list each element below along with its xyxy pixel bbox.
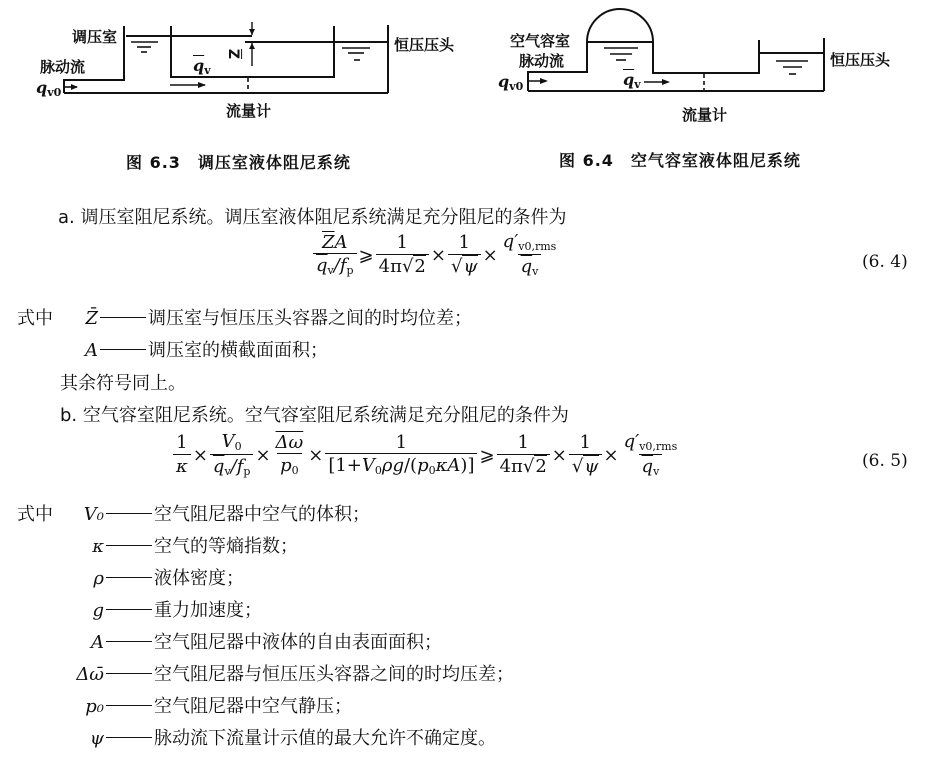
label-inflow: qv0 [498, 72, 523, 93]
definition-p0: p₀空气阻尼器中空气静压； [74, 692, 352, 718]
eq-relation: ⩾ [359, 245, 374, 266]
eq-frac-3: q′v0,rms qv [500, 232, 560, 278]
figure-caption: 图 6.4 空气容室液体阻尼系统 [559, 148, 801, 171]
eq-lhs-fraction: ZA qv/fp [313, 233, 357, 278]
label-level-diff: Z [225, 49, 241, 59]
figure-caption: 图 6.3 调压室液体阻尼系统 [126, 150, 351, 173]
label-surge-chamber: 调压室 [72, 26, 117, 47]
eq-frac-1: 1 4π√2 [376, 233, 429, 277]
label-constant-head: 恒压压头 [394, 34, 454, 55]
definition-v0: V₀空气阻尼器中空气的体积； [74, 500, 370, 526]
definition-z: Z̄调压室与恒压压头容器之间的时均位差； [80, 304, 472, 330]
figure-6-4: 空气容室 脉动流 qv0 qv 恒压压头 流量计 图 6.4 空气容室液体阻尼系… [476, 0, 952, 180]
label-pulsating-flow: 脉动流 [40, 56, 85, 77]
remark: 其余符号同上。 [60, 369, 186, 395]
label-flowmeter: 流量计 [226, 100, 271, 121]
definition-a: A调压室的横截面面积； [80, 336, 328, 362]
equation-6-5: 1κ × V0qv/fp × Δωp0 × 1[1+V0ρg/(p0κA)] ⩾… [172, 432, 681, 478]
figure-6-3: 调压室 脉动流 qv0 qv Z 恒压压头 流量计 图 6.3 调压室液体阻尼系… [0, 0, 476, 180]
equation-number-6-4: (6. 4) [862, 252, 908, 272]
label-air-chamber: 空气容室 [510, 30, 570, 51]
label-mean-flow: qv [193, 56, 211, 77]
label-inflow: qv0 [36, 78, 61, 99]
label-constant-head: 恒压压头 [830, 49, 890, 70]
equation-6-4: ZA qv/fp ⩾ 1 4π√2 × 1 √ψ × q′v0,rms qv [312, 232, 560, 278]
section-b-intro: b. 空气容室阻尼系统。空气容室阻尼系统满足充分阻尼的条件为 [60, 401, 569, 427]
definition-kappa: κ空气的等熵指数； [74, 532, 298, 558]
label-mean-flow: qv [623, 70, 641, 91]
definition-psi: ψ脉动流下流量计示值的最大允许不确定度。 [74, 724, 496, 750]
label-pulsating-flow: 脉动流 [519, 50, 564, 71]
definition-g: g重力加速度； [74, 596, 262, 622]
eq-frac-2: 1 √ψ [448, 233, 481, 277]
section-a-intro: a. 调压室阻尼系统。调压室液体阻尼系统满足充分阻尼的条件为 [58, 203, 566, 229]
definition-rho: ρ液体密度； [74, 564, 244, 590]
definition-delta-omega: Δω̄空气阻尼器与恒压压头容器之间的时均压差； [74, 660, 514, 686]
equation-number-6-5: (6. 5) [862, 451, 908, 471]
where-label-a: 式中 [17, 304, 53, 330]
where-label-b: 式中 [17, 500, 53, 526]
label-flowmeter: 流量计 [682, 104, 727, 125]
definition-area: A空气阻尼器中液体的自由表面面积； [74, 628, 442, 654]
